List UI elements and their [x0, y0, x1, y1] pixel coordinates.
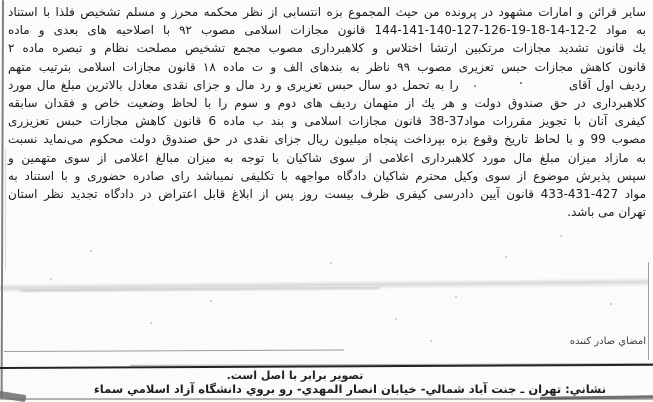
ink-dot — [474, 85, 476, 87]
paper-speck — [330, 262, 332, 264]
paper-speck — [505, 256, 507, 258]
ink-dot — [520, 82, 522, 84]
body-line-fragment: رديف اول آقاى — [569, 78, 646, 92]
body-line: به مواد 2‏-‏12‏-‏14‏-‏18‏-‏19‏-‏126‏-‏12… — [8, 21, 646, 39]
horizontal-rule-upper — [4, 350, 344, 352]
scan-corner-smudge — [0, 391, 26, 402]
body-line: ساير قرائن و امارات مشهود در پرونده من ح… — [8, 3, 646, 21]
body-line: سپس پذيرش موضوع از سوى وكيل محترم شاكيان… — [8, 167, 646, 185]
scanned-court-verdict-document: ساير قرائن و امارات مشهود در پرونده من ح… — [0, 0, 653, 402]
paper-speck — [455, 296, 457, 298]
paper-speck — [430, 340, 432, 342]
body-line-fragment: را به تحمل دو سال حبس تعزيرى و رد مال و … — [8, 78, 459, 92]
paper-speck — [395, 318, 397, 320]
body-line: به مازاد ميزان مبلغ مال مورد كلاهبردارى … — [8, 149, 646, 167]
body-line: كلاهبردارى در حق صندوق دولت و هر يك از م… — [8, 94, 646, 112]
paper-speck — [90, 250, 92, 252]
redacted-name-gap — [464, 87, 564, 89]
paper-speck — [50, 278, 52, 280]
body-line: يك قانون تشديد مجازات مرتكبين ارتشا اختل… — [8, 39, 646, 57]
issuer-signature-label: امضاي صادر كننده — [570, 336, 646, 347]
address-line: نشاني: تهران ـ جنت آباد شمالي- خيابان ان… — [60, 382, 640, 396]
paper-speck — [560, 235, 562, 237]
body-line: قانون كاهش مجازات حبس تعزيرى مصوب ٩٩ ناظ… — [8, 58, 646, 76]
body-line-with-redaction: رديف اول آقاى را به تحمل دو سال حبس تعزي… — [8, 76, 646, 94]
verdict-text-block: ساير قرائن و امارات مشهود در پرونده من ح… — [8, 3, 646, 221]
scan-right-edge-line — [648, 262, 649, 360]
paper-speck — [610, 303, 612, 305]
certified-copy-note: تصوير برابر با اصل است. — [60, 369, 530, 382]
paper-speck — [210, 300, 212, 302]
body-line: كيفرى آنان با تجويز مقررات مواد37‏-‏38 ق… — [8, 112, 646, 130]
body-line: مواد 427‏-‏431‏-‏433 قانون آيين دادرسى ك… — [8, 185, 646, 203]
body-line: مصوب 99 و با لحاظ تاريخ وقوع بزه بپرداخت… — [8, 130, 646, 148]
paper-speck — [150, 322, 152, 324]
body-line: تهران مى باشد. — [8, 203, 646, 221]
scan-left-edge-shadow — [5, 150, 6, 270]
scan-left-edge-line — [1, 0, 4, 399]
